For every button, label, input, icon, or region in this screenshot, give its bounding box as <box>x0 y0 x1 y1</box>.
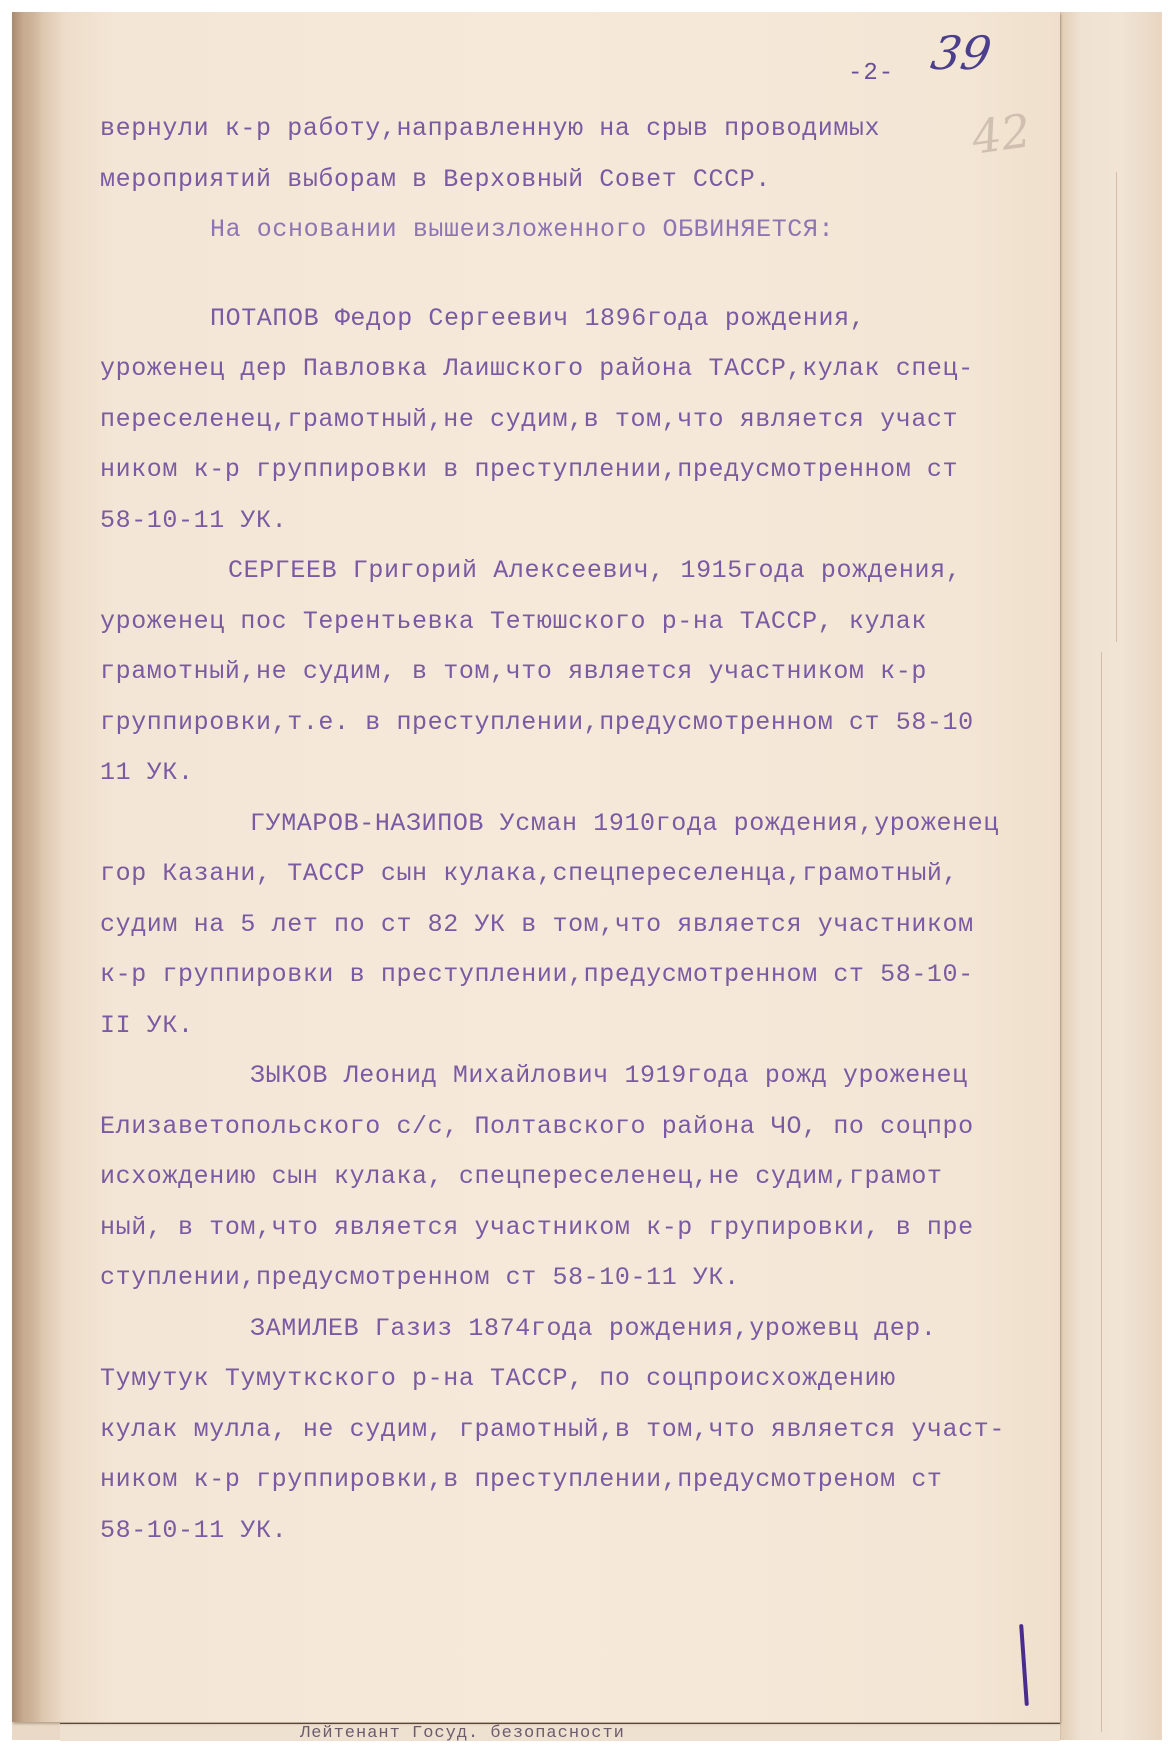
entry-line: ником к-р группировки в преступлении,пре… <box>100 445 1060 496</box>
entry-line: ником к-р группировки,в преступлении,пре… <box>100 1455 1060 1506</box>
entry-line: к-р группировки в преступлении,предусмот… <box>100 950 1060 1001</box>
entry-line: ЗАМИЛЕВ Газиз 1874года рождения,урожевц … <box>100 1304 1060 1355</box>
pen-mark <box>1019 1624 1029 1706</box>
entry-line: переселенец,грамотный,не судим,в том,что… <box>100 395 1060 446</box>
spacer <box>100 256 1060 294</box>
accused-entry-gumarov-nazipov: ГУМАРОВ-НАЗИПОВ Усман 1910года рождения,… <box>100 799 1060 1052</box>
accused-entry-sergeev: СЕРГЕЕВ Григорий Алексеевич, 1915года ро… <box>100 546 1060 799</box>
intro-line: мероприятий выборам в Верховный Совет СС… <box>100 155 1060 206</box>
underlying-page-text: Лейтенант Госуд. безопасности <box>300 1724 625 1741</box>
underlying-sheets-edge: 0 <box>1060 12 1161 1740</box>
underlying-page-strip: Лейтенант Госуд. безопасности <box>60 1723 1060 1741</box>
accused-entry-potapov: ПОТАПОВ Федор Сергеевич 1896года рождени… <box>100 294 1060 547</box>
entry-line: 58-10-11 УК. <box>100 496 1060 547</box>
entry-line: кулак мулла, не судим, грамотный,в том,ч… <box>100 1405 1060 1456</box>
page-number: -2- <box>848 60 894 87</box>
binding-shadow <box>12 12 42 1722</box>
entry-line: грамотный,не судим, в том,что является у… <box>100 647 1060 698</box>
entry-line: II УК. <box>100 1001 1060 1052</box>
entry-line: судим на 5 лет по ст 82 УК в том,что явл… <box>100 900 1060 951</box>
accused-entry-zykov: ЗЫКОВ Леонид Михайлович 1919года рожд ур… <box>100 1051 1060 1304</box>
entry-line: уроженец пос Терентьевка Тетюшского р-на… <box>100 597 1060 648</box>
accusation-heading: На основании вышеизложенного ОБВИНЯЕТСЯ: <box>100 205 1060 256</box>
entry-line: гор Казани, ТАССР сын кулака,спецпересел… <box>100 849 1060 900</box>
entry-line: ЗЫКОВ Леонид Михайлович 1919года рожд ур… <box>100 1051 1060 1102</box>
entry-line: ГУМАРОВ-НАЗИПОВ Усман 1910года рождения,… <box>100 799 1060 850</box>
handwritten-folio-number: 39 <box>927 26 995 80</box>
entry-line: Тумутук Тумуткского р-на ТАССР, по соцпр… <box>100 1354 1060 1405</box>
entry-line: 11 УК. <box>100 748 1060 799</box>
document-body: вернули к-р работу,направленную на срыв … <box>100 104 1060 1556</box>
accused-entry-zamilev: ЗАМИЛЕВ Газиз 1874года рождения,урожевц … <box>100 1304 1060 1557</box>
entry-line: СЕРГЕЕВ Григорий Алексеевич, 1915года ро… <box>100 546 1060 597</box>
entry-line: уроженец дер Павловка Лаишского района Т… <box>100 344 1060 395</box>
entry-line: ПОТАПОВ Федор Сергеевич 1896года рождени… <box>100 294 1060 345</box>
entry-line: 58-10-11 УК. <box>100 1506 1060 1557</box>
document-page: -2- 42 39 вернули к-р работу,направленну… <box>12 12 1060 1722</box>
entry-line: ступлении,предусмотренном ст 58-10-11 УК… <box>100 1253 1060 1304</box>
entry-line: группировки,т.е. в преступлении,предусмо… <box>100 698 1060 749</box>
entry-line: исхождению сын кулака, спецпереселенец,н… <box>100 1152 1060 1203</box>
entry-line: Елизаветопольского с/с, Полтавского райо… <box>100 1102 1060 1153</box>
sheet-fold-line <box>1101 652 1102 1732</box>
intro-line: вернули к-р работу,направленную на срыв … <box>100 104 1060 155</box>
sheet-fold-line <box>1116 172 1117 642</box>
entry-line: ный, в том,что является участником к-р г… <box>100 1203 1060 1254</box>
